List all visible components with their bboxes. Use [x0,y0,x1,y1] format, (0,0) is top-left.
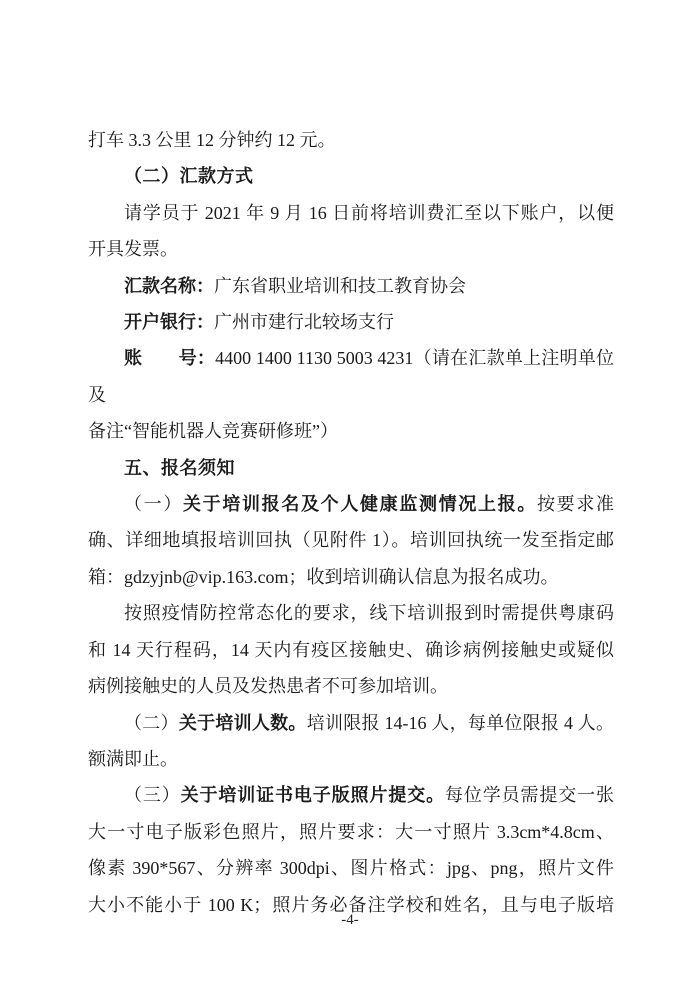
body-text: 广东省职业培训和技工教育协会 [214,276,466,296]
body-text: 和 14 天行程码，14 天内有疫区接触史、确诊病例接触史或疑似 [88,640,614,660]
text-line: （二）汇款方式 [88,158,614,194]
text-line: 开户银行：广州市建行北较场支行 [88,304,614,340]
text-line: （一）关于培训报名及个人健康监测情况上报。按要求准 [88,486,614,522]
body-text: （二） [124,713,179,733]
body-text: 额满即止。 [88,749,178,769]
bold-text: 开户银行： [124,312,214,332]
bold-text: 关于培训证书电子版照片提交。 [181,785,445,805]
text-line: 箱：gdzyjnb@vip.163.com；收到培训确认信息为报名成功。 [88,559,614,595]
text-line: 汇款名称：广东省职业培训和技工教育协会 [88,268,614,304]
text-line: 请学员于 2021 年 9 月 16 日前将培训费汇至以下账户，以便 [88,195,614,231]
bold-text: 汇款名称： [124,276,214,296]
body-text: 培训限报 14-16 人，每单位限报 4 人。 [307,713,614,733]
body-text: 打车 3.3 公里 12 分钟约 12 元。 [88,130,336,150]
body-text: 确、详细地填报培训回执（见附件 1）。培训回执统一发至指定邮 [88,530,614,550]
text-line: 五、报名须知 [88,450,614,486]
document-page: 打车 3.3 公里 12 分钟约 12 元。（二）汇款方式请学员于 2021 年… [0,0,700,990]
text-line: 像素 390*567、分辨率 300dpi、图片格式：jpg、png，照片文件 [88,850,614,886]
body-text: 像素 390*567、分辨率 300dpi、图片格式：jpg、png，照片文件 [88,858,614,878]
bold-text: 关于培训人数。 [179,713,307,733]
text-line: 按照疫情防控常态化的要求，线下培训报到时需提供粤康码 [88,595,614,631]
text-line: （二）关于培训人数。培训限报 14-16 人，每单位限报 4 人。 [88,705,614,741]
bold-text: 账 号： [124,348,215,368]
body-text: 大一寸电子版彩色照片，照片要求：大一寸照片 3.3cm*4.8cm、 [88,822,614,842]
body-text: 每位学员需提交一张 [445,785,614,805]
body-text: 开具发票。 [88,239,178,259]
heading-text: 五、报名须知 [124,458,235,478]
text-line: 账 号：4400 1400 1130 5003 4231（请在汇款单上注明单位及 [88,340,614,413]
heading-text: （二）汇款方式 [124,166,254,186]
text-line: 和 14 天行程码，14 天内有疫区接触史、确诊病例接触史或疑似 [88,632,614,668]
page-number: -4- [0,912,700,929]
body-text: （三） [124,785,181,805]
bold-text: 关于培训报名及个人健康监测情况上报。 [183,494,537,514]
body-text: 广州市建行北较场支行 [214,312,394,332]
document-body: 打车 3.3 公里 12 分钟约 12 元。（二）汇款方式请学员于 2021 年… [88,122,614,923]
body-text: 请学员于 2021 年 9 月 16 日前将培训费汇至以下账户，以便 [124,203,614,223]
text-line: 打车 3.3 公里 12 分钟约 12 元。 [88,122,614,158]
text-line: 病例接触史的人员及发热患者不可参加培训。 [88,668,614,704]
text-line: （三）关于培训证书电子版照片提交。每位学员需提交一张 [88,777,614,813]
body-text: 备注“智能机器人竞赛研修班”） [88,421,338,441]
text-line: 确、详细地填报培训回执（见附件 1）。培训回执统一发至指定邮 [88,522,614,558]
text-line: 大一寸电子版彩色照片，照片要求：大一寸照片 3.3cm*4.8cm、 [88,814,614,850]
body-text: 按要求准 [537,494,614,514]
text-line: 开具发票。 [88,231,614,267]
body-text: 按照疫情防控常态化的要求，线下培训报到时需提供粤康码 [124,603,614,623]
body-text: 箱：gdzyjnb@vip.163.com；收到培训确认信息为报名成功。 [88,567,559,587]
body-text: （一） [124,494,183,514]
text-line: 额满即止。 [88,741,614,777]
body-text: 病例接触史的人员及发热患者不可参加培训。 [88,676,448,696]
text-line: 备注“智能机器人竞赛研修班”） [88,413,614,449]
